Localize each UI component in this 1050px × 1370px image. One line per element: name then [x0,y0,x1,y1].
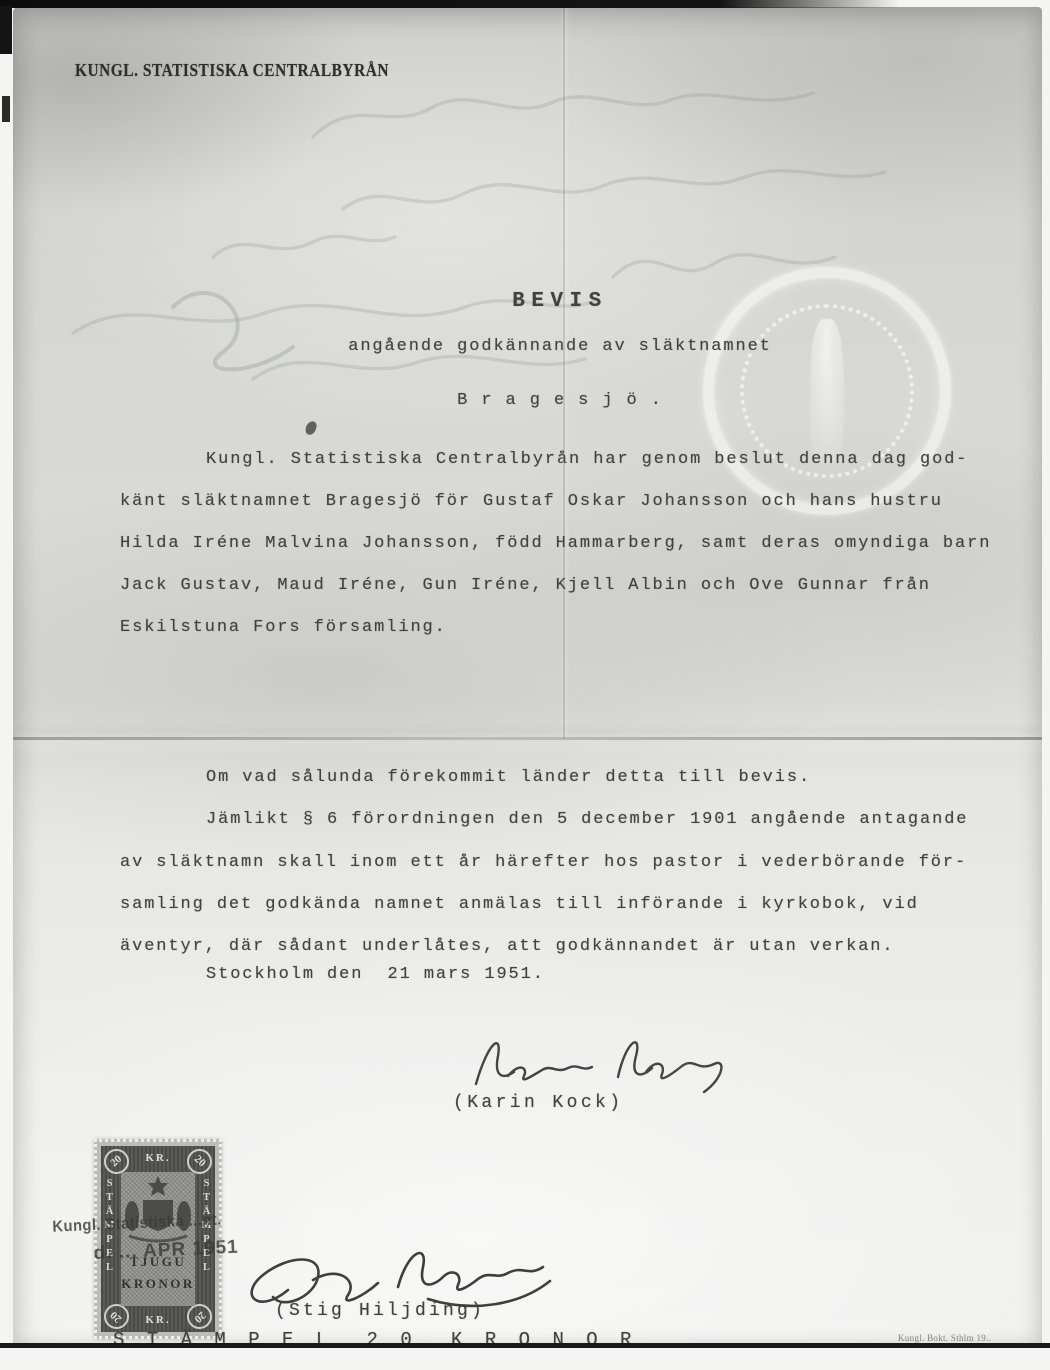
ink-blot [304,420,318,436]
scan-edge-speck [0,6,12,54]
paragraph1-line: Hilda Iréne Malvina Johansson, född Hamm… [120,534,991,553]
paragraph1-line: Jack Gustav, Maud Iréne, Gun Iréne, Kjel… [120,576,931,595]
karin-kock-signature [458,1022,758,1102]
scan-edge-top [0,0,900,8]
stamp-kr-top: KR. [101,1152,215,1164]
paragraph2-line: samling det godkända namnet anmälas till… [120,895,919,914]
certificate-subtitle: angående godkännande av släktnamnet [210,337,910,356]
scan-edge-bottom-line [0,1343,1050,1348]
scan-edge-speck [2,96,10,122]
stamp-denomination-line2: KRONOR [121,1276,195,1292]
stig-hiljding-typed-name: (Stig Hiljding) [275,1301,485,1321]
paragraph2-line: av släktnamn skall inom ett år härefter … [120,853,967,872]
vertical-fold-crease [563,7,565,739]
paragraph2-line: äventyr, där sådant underlåtes, att godk… [120,937,895,956]
paragraph1-line: Eskilstuna Fors församling. [120,618,447,637]
stamp-kr-bottom: KR. [101,1314,215,1326]
printer-imprint: Kungl. Bokt. Sthlm 19.. [898,1333,991,1343]
letterhead: KUNGL. STATISTISKA CENTRALBYRÅN [75,60,389,81]
document-paper: KUNGL. STATISTISKA CENTRALBYRÅN BEVIS an… [13,7,1042,1345]
approved-surname: B r a g e s j ö . [210,391,910,410]
certificate-title: BEVIS [210,290,910,313]
scanned-certificate-page: { "letterhead": "KUNGL. STATISTISKA CENT… [0,0,1050,1370]
dateline: Stockholm den 21 mars 1951. [120,965,545,984]
paragraph2-line: Om vad sålunda förekommit länder detta t… [120,768,811,787]
karin-kock-typed-name: (Karin Kock) [453,1093,623,1113]
paragraph1-line: känt släktnamnet Bragesjö för Gustaf Osk… [120,492,943,511]
paragraph1-line: Kungl. Statistiska Centralbyrån har geno… [120,450,968,469]
horizontal-fold-crease [13,737,1042,740]
paragraph2-line: Jämlikt § 6 förordningen den 5 december … [120,810,968,829]
